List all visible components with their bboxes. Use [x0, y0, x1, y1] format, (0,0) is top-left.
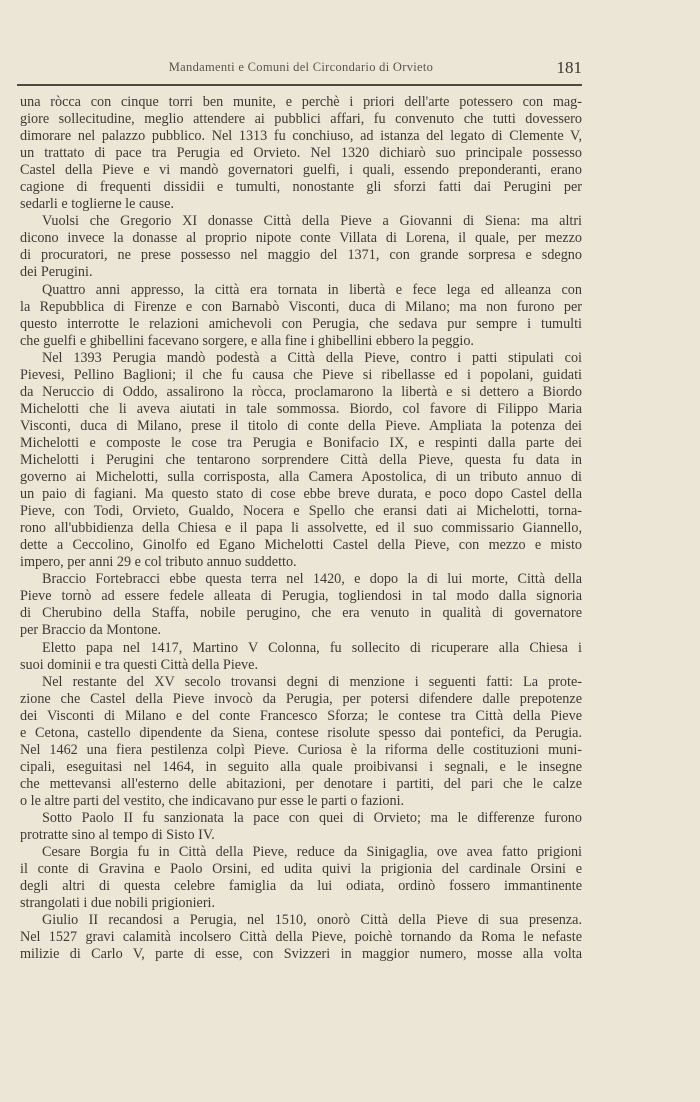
text-line: governo ai Michelotti, sulla corrisposta…	[20, 469, 582, 486]
text-line: da Neruccio di Oddo, assalirono la ròcca…	[20, 384, 582, 401]
text-line: questo interrotte le relazioni amichevol…	[20, 316, 582, 333]
text-line: Nel 1462 una fiera pestilenza colpì Piev…	[20, 742, 582, 759]
text-line: Braccio Fortebracci ebbe questa terra ne…	[20, 571, 582, 588]
text-line: Giulio II recandosi a Perugia, nel 1510,…	[20, 912, 582, 929]
text-line: Eletto papa nel 1417, Martino V Colonna,…	[20, 640, 582, 657]
text-line: Pieve, con Todi, Orvieto, Gualdo, Nocera…	[20, 503, 582, 520]
text-line: Sotto Paolo II fu sanzionata la pace con…	[20, 810, 582, 827]
text-line: degli altri di questa celebre famiglia d…	[20, 878, 582, 895]
text-line: dicono invece la donasse al proprio nipo…	[20, 230, 582, 247]
text-line: Nel 1393 Perugia mandò podestà a Città d…	[20, 350, 582, 367]
text-line: o le altre parti del vestito, che indica…	[20, 793, 582, 810]
text-line: un paio di fagiani. Ma questo stato di c…	[20, 486, 582, 503]
text-line: dei Visconti di Milano e del conte Franc…	[20, 708, 582, 725]
text-line: Nel restante del XV secolo trovansi degn…	[20, 674, 582, 691]
text-line: cipali, eseguitasi nel 1464, in seguito …	[20, 759, 582, 776]
text-line: Michelotti che li aveva aiutati in tale …	[20, 401, 582, 418]
text-line: cagione di frequenti dissidii e tumulti,…	[20, 179, 582, 196]
text-line: Quattro anni appresso, la città era torn…	[20, 282, 582, 299]
text-line: dei Perugini.	[20, 264, 582, 281]
text-line: la Repubblica di Firenze e con Barnabò V…	[20, 299, 582, 316]
text-line: rono all'ubbidienza della Chiesa e il pa…	[20, 520, 582, 537]
text-line: che mettevansi all'esterno delle abitazi…	[20, 776, 582, 793]
text-line: Vuolsi che Gregorio XI donasse Città del…	[20, 213, 582, 230]
text-line: Nel 1527 gravi calamità incolsero Città …	[20, 929, 582, 946]
text-line: Pievesi, Pellino Baglioni; il che fu cau…	[20, 367, 582, 384]
text-line: un trattato di pace tra Perugia ed Orvie…	[20, 145, 582, 162]
text-line: Michelotti e composte le cose tra Perugi…	[20, 435, 582, 452]
text-line: suoi dominii e tra questi Città della Pi…	[20, 657, 582, 674]
text-line: Cesare Borgia fu in Città della Pieve, r…	[20, 844, 582, 861]
text-line: protratte sino al tempo di Sisto IV.	[20, 827, 582, 844]
running-head: Mandamenti e Comuni del Circondario di O…	[20, 58, 582, 78]
body-text: una ròcca con cinque torri ben munite, e…	[20, 94, 582, 963]
text-line: Michelotti i Perugini che tentarono sorp…	[20, 452, 582, 469]
text-line: Pieve tornò ad essere fedele alleata di …	[20, 588, 582, 605]
text-line: una ròcca con cinque torri ben munite, e…	[20, 94, 582, 111]
text-line: impero, per anni 29 e col tributo annuo …	[20, 554, 582, 571]
text-line: di procuratori, ne prese possesso nel ma…	[20, 247, 582, 264]
header-rule	[17, 84, 582, 86]
text-line: giore sollecitudine, meglio attendere ai…	[20, 111, 582, 128]
running-title: Mandamenti e Comuni del Circondario di O…	[20, 60, 582, 75]
text-line: dimorare nel palazzo pubblico. Nel 1313 …	[20, 128, 582, 145]
text-line: Castel della Pieve e vi mandò governator…	[20, 162, 582, 179]
text-line: che guelfi e ghibellini facevano sorgere…	[20, 333, 582, 350]
text-line: il conte di Gravina e Paolo Orsini, ed u…	[20, 861, 582, 878]
text-line: sedarli e toglierne le cause.	[20, 196, 582, 213]
text-line: di Cherubino della Staffa, nobile perugi…	[20, 605, 582, 622]
text-line: strangolati i due nobili prigionieri.	[20, 895, 582, 912]
text-line: dette a Ceccolino, Ginolfo ed Egano Mich…	[20, 537, 582, 554]
text-line: milizie di Carlo V, parte di esse, con S…	[20, 946, 582, 963]
text-line: Visconti, duca di Milano, prese il titol…	[20, 418, 582, 435]
text-line: e Cetona, castello dipendente da Siena, …	[20, 725, 582, 742]
page-number: 181	[557, 58, 583, 78]
book-page: Mandamenti e Comuni del Circondario di O…	[0, 0, 700, 1102]
text-line: zione che Castel della Pieve invocò da P…	[20, 691, 582, 708]
text-line: per Braccio da Montone.	[20, 622, 582, 639]
